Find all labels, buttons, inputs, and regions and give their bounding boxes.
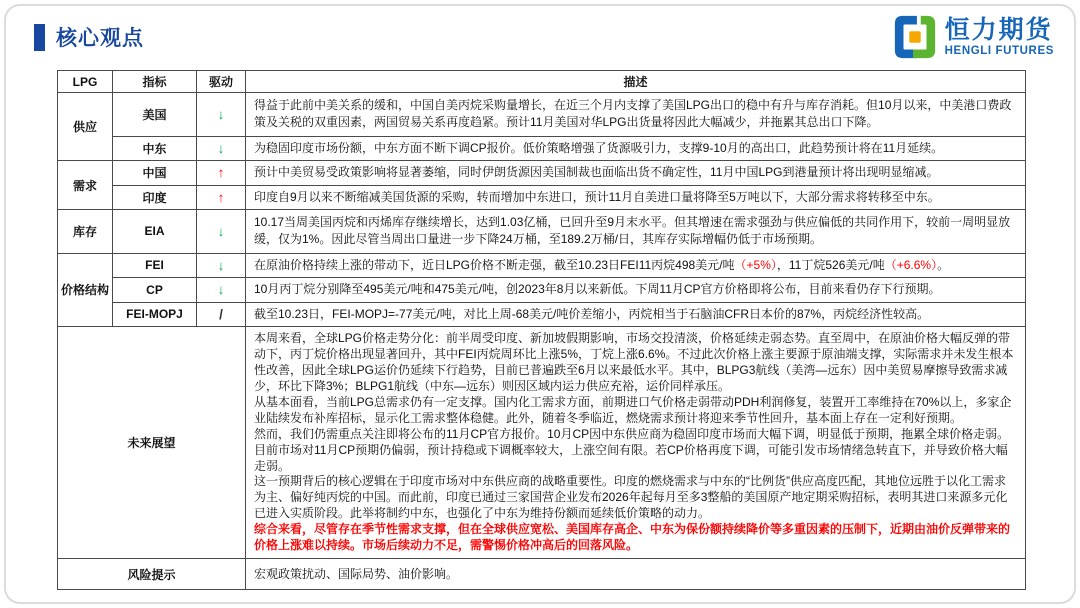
desc-mideast: 为稳固印度市场份额，中东方面不断下调CP报价。低价策略增强了货源吸引力，支撑9-… (246, 136, 1026, 160)
group-label-inventory: 库存 (58, 209, 113, 253)
table-row-outlook: 未来展望 本周来看，全球LPG价格走势分化：前半周受印度、新加坡假期影响，市场交… (58, 326, 1026, 558)
table-row: FEI-MOPJ / 截至10.23日，FEI-MOPJ=-77美元/吨，对比上… (58, 302, 1026, 326)
driver-arrow-india: ↑ (197, 185, 246, 209)
title-accent-bar (34, 24, 45, 51)
driver-arrow-cp: ↓ (197, 278, 246, 302)
logo-company-name-en: HENGLI FUTURES (945, 45, 1054, 57)
hengli-logo-icon (892, 14, 938, 60)
indicator-fei: FEI (113, 253, 197, 277)
table-row-risk: 风险提示 宏观政策扰动、国际局势、油价影响。 (58, 559, 1026, 590)
outlook-paragraph: 这一预期背后的核心逻辑在于印度市场对中东供应商的战略重要性。印度的燃烧需求与中东… (254, 474, 1017, 522)
table-header-row: LPG 指标 驱动 描述 (58, 71, 1026, 93)
desc-fei-change-propane: （+5%） (735, 258, 777, 272)
driver-arrow-us: ↓ (197, 93, 246, 137)
table-row: 价格结构 FEI ↓ 在原油价格持续上涨的带动下，近日LPG价格不断走强，截至1… (58, 253, 1026, 277)
logo-text: 恒力期货 HENGLI FUTURES (945, 17, 1054, 57)
indicator-mideast: 中东 (113, 136, 197, 160)
title-block: 核心观点 (34, 22, 144, 52)
driver-arrow-fei: ↓ (197, 253, 246, 277)
table-row: 中东 ↓ 为稳固印度市场份额，中东方面不断下调CP报价。低价策略增强了货源吸引力… (58, 136, 1026, 160)
driver-neutral-fei-mopj: / (197, 302, 246, 326)
table-row: 需求 中国 ↑ 预计中美贸易受政策影响将显著萎缩，同时伊朗货源因美国制裁也面临出… (58, 161, 1026, 185)
header-driver: 驱动 (197, 71, 246, 93)
desc-cp: 10月丙丁烷分别降至495美元/吨和475美元/吨，创2023年8月以来新低。下… (246, 278, 1026, 302)
driver-arrow-mideast: ↓ (197, 136, 246, 160)
desc-fei-text: 。 (937, 258, 949, 272)
table-row: 库存 EIA ↓ 10.17当周美国丙烷和丙烯库存继续增长，达到1.03亿桶，已… (58, 209, 1026, 253)
page-header: 核心观点 恒力期货 HENGLI FUTURES (34, 14, 1054, 60)
table-row: CP ↓ 10月丙丁烷分别降至495美元/吨和475美元/吨，创2023年8月以… (58, 278, 1026, 302)
desc-fei-text: 在原油价格持续上涨的带动下，近日LPG价格不断走强，截至10.23日FEI11丙… (254, 258, 735, 272)
desc-us: 得益于此前中美关系的缓和，中国自美丙烷采购量增长，在近三个月内支撑了美国LPG出… (246, 93, 1026, 137)
core-views-table: LPG 指标 驱动 描述 供应 美国 ↓ 得益于此前中美关系的缓和，中国自美丙烷… (57, 70, 1026, 590)
desc-fei-text: ，11丁烷526美元/吨 (777, 258, 885, 272)
header-indicator: 指标 (113, 71, 197, 93)
table-row: 供应 美国 ↓ 得益于此前中美关系的缓和，中国自美丙烷采购量增长，在近三个月内支… (58, 93, 1026, 137)
page-title: 核心观点 (56, 22, 144, 52)
indicator-us: 美国 (113, 93, 197, 137)
indicator-china: 中国 (113, 161, 197, 185)
label-future-outlook: 未来展望 (58, 326, 246, 558)
header-description: 描述 (246, 71, 1026, 93)
desc-risk-warning: 宏观政策扰动、国际局势、油价影响。 (246, 559, 1026, 590)
desc-fei: 在原油价格持续上涨的带动下，近日LPG价格不断走强，截至10.23日FEI11丙… (246, 253, 1026, 277)
desc-india: 印度自9月以来不断缩减美国货源的采购，转而增加中东进口，预计11月自美进口量将降… (246, 185, 1026, 209)
desc-fei-mopj: 截至10.23日，FEI-MOPJ=-77美元/吨，对比上周-68美元/吨价差缩… (246, 302, 1026, 326)
outlook-paragraph: 然而，我们仍需重点关注即将公布的11月CP官方报价。10月CP因中东供应商为稳固… (254, 427, 1017, 475)
outlook-paragraph: 从基本面看，当前LPG总需求仍有一定支撑。国内化工需求方面，前期进口气价格走弱带… (254, 395, 1017, 427)
driver-arrow-eia: ↓ (197, 209, 246, 253)
company-logo: 恒力期货 HENGLI FUTURES (892, 14, 1054, 60)
desc-fei-change-butane: （+6.6%） (885, 258, 937, 272)
table-row: 印度 ↑ 印度自9月以来不断缩减美国货源的采购，转而增加中东进口，预计11月自美… (58, 185, 1026, 209)
desc-china: 预计中美贸易受政策影响将显著萎缩，同时伊朗货源因美国制裁也面临出货不确定性，11… (246, 161, 1026, 185)
group-label-demand: 需求 (58, 161, 113, 210)
outlook-summary-highlight: 综合来看，尽管存在季节性需求支撑，但在全球供应宽松、美国库存高企、中东为保份额持… (254, 522, 1017, 554)
desc-future-outlook: 本周来看，全球LPG价格走势分化：前半周受印度、新加坡假期影响，市场交投清淡，价… (246, 326, 1026, 558)
header-lpg: LPG (58, 71, 113, 93)
indicator-fei-mopj: FEI-MOPJ (113, 302, 197, 326)
indicator-cp: CP (113, 278, 197, 302)
group-label-price-structure: 价格结构 (58, 253, 113, 326)
label-risk-warning: 风险提示 (58, 559, 246, 590)
indicator-eia: EIA (113, 209, 197, 253)
outlook-paragraph: 本周来看，全球LPG价格走势分化：前半周受印度、新加坡假期影响，市场交投清淡，价… (254, 331, 1017, 395)
driver-arrow-china: ↑ (197, 161, 246, 185)
indicator-india: 印度 (113, 185, 197, 209)
desc-eia: 10.17当周美国丙烷和丙烯库存继续增长，达到1.03亿桶，已回升至9月末水平。… (246, 209, 1026, 253)
logo-company-name-cn: 恒力期货 (945, 17, 1054, 43)
group-label-supply: 供应 (58, 93, 113, 161)
